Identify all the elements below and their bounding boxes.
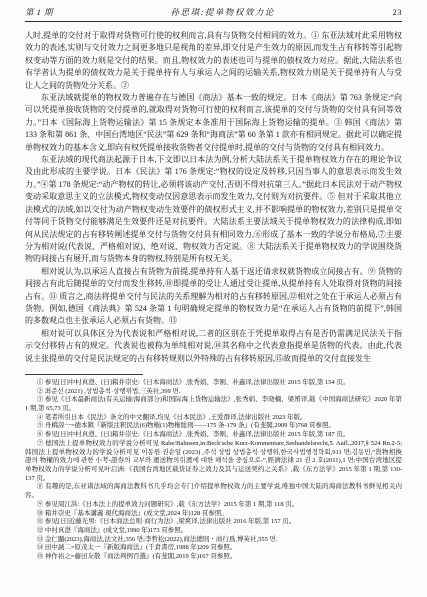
footnote-8: ⑧ 有趣的是,东亚诸法域的海商法教科书几乎均会专门介绍提单物权效力的主要学说,唯…	[25, 483, 402, 500]
footnote-12: ⑫ 中村真澄『海商法』(成文堂,1990 年)173 頁参照。	[25, 527, 402, 536]
journal-page: 第 1 期 孙思琪:提单物权效力论 23 人时,提单的交付对于取得对货物可行使的…	[0, 0, 427, 597]
page-number: 23	[392, 7, 402, 17]
running-header: 第 1 期 孙思琪:提单物权效力论 23	[25, 6, 402, 22]
body-paragraph-5: 相对说可以具体区分为代表说和严格相对说,二者的区别在于凭提单取得占有是否仍需满足…	[25, 328, 402, 365]
footnote-10: ⑩ 箱井崇史『基本講義 現代海商法』(成文堂,2024 年)128 頁参照。	[25, 510, 402, 519]
body-paragraph-1: 人时,提单的交付对于取得对货物可行使的权利而言,具有与货物交付相同的效力。① 东…	[25, 30, 402, 92]
footnote-11: ⑪ 参见[日]近藤光男:《日本商法总则·商行为法》,梁爽译,法律出版社 2016…	[25, 518, 402, 527]
body-paragraph-2: 东亚法域就提单的物权效力普遍存在与德国《商法》基本一致的规定。日本《商法》第 7…	[25, 92, 402, 154]
footnote-6: ⑥ 参见[日]中村真澄、[日]箱井崇史:《日本海商法》,张秀娟、李刚、朴鑫译,法…	[25, 431, 402, 440]
footnote-3: ③ 参见《日本最新商法(有关运输/海商部分)和国际海上货物运输法》,张秀娟、李晓…	[25, 396, 402, 413]
body-paragraph-4: 相对说认为,以承运人直接占有货物为前提,提单持有人基于返还请求权就货物成立间接占…	[25, 266, 402, 328]
issue-label: 第 1 期	[25, 6, 53, 18]
footnote-separator	[25, 374, 143, 375]
footnote-15: ⑮ 神作裕之=藤田友敬『商法判例百選』(有斐閣,2019 年)167 頁参照。	[25, 553, 402, 562]
article-body: 人时,提单的交付对于取得对货物可行使的权利而言,具有与货物交付相同的效力。① 东…	[25, 30, 402, 365]
footnote-1: ① 参见[日]中村真澄、[日]箱井崇史:《日本海商法》,张秀娟、李刚、朴鑫译,法…	[25, 379, 402, 388]
article-title: 孙思琪:提单物权效力论	[171, 6, 275, 18]
footnote-5: ⑤ 舟橋諄一=徳本鎮『新版注釈民法(6)物権(1)物権総則——175 条-179…	[25, 422, 402, 431]
footnote-9: ⑨ 参见周江洪:《日本法上的提单效力问题研究》,载《东方法学》2015 年第 1…	[25, 501, 402, 510]
footnote-14: ⑭ 田中誠二=原茂太一『新版海商法』(千倉書房,1988 年)209 頁参照。	[25, 544, 402, 553]
body-paragraph-3: 东亚法域的现代商法起源于日本,下文即以日本法为例,分析大陆法系关于提单物权效力存…	[25, 154, 402, 266]
footnotes-block: ① 参见[日]中村真澄、[日]箱井崇史:《日本海商法》,张秀娟、李刚、朴鑫译,法…	[25, 379, 402, 562]
footnote-7: ⑦ 德国法上提单物权效力的学说分析可见 Rabe/Bahnsen,in:Beck…	[25, 440, 402, 484]
